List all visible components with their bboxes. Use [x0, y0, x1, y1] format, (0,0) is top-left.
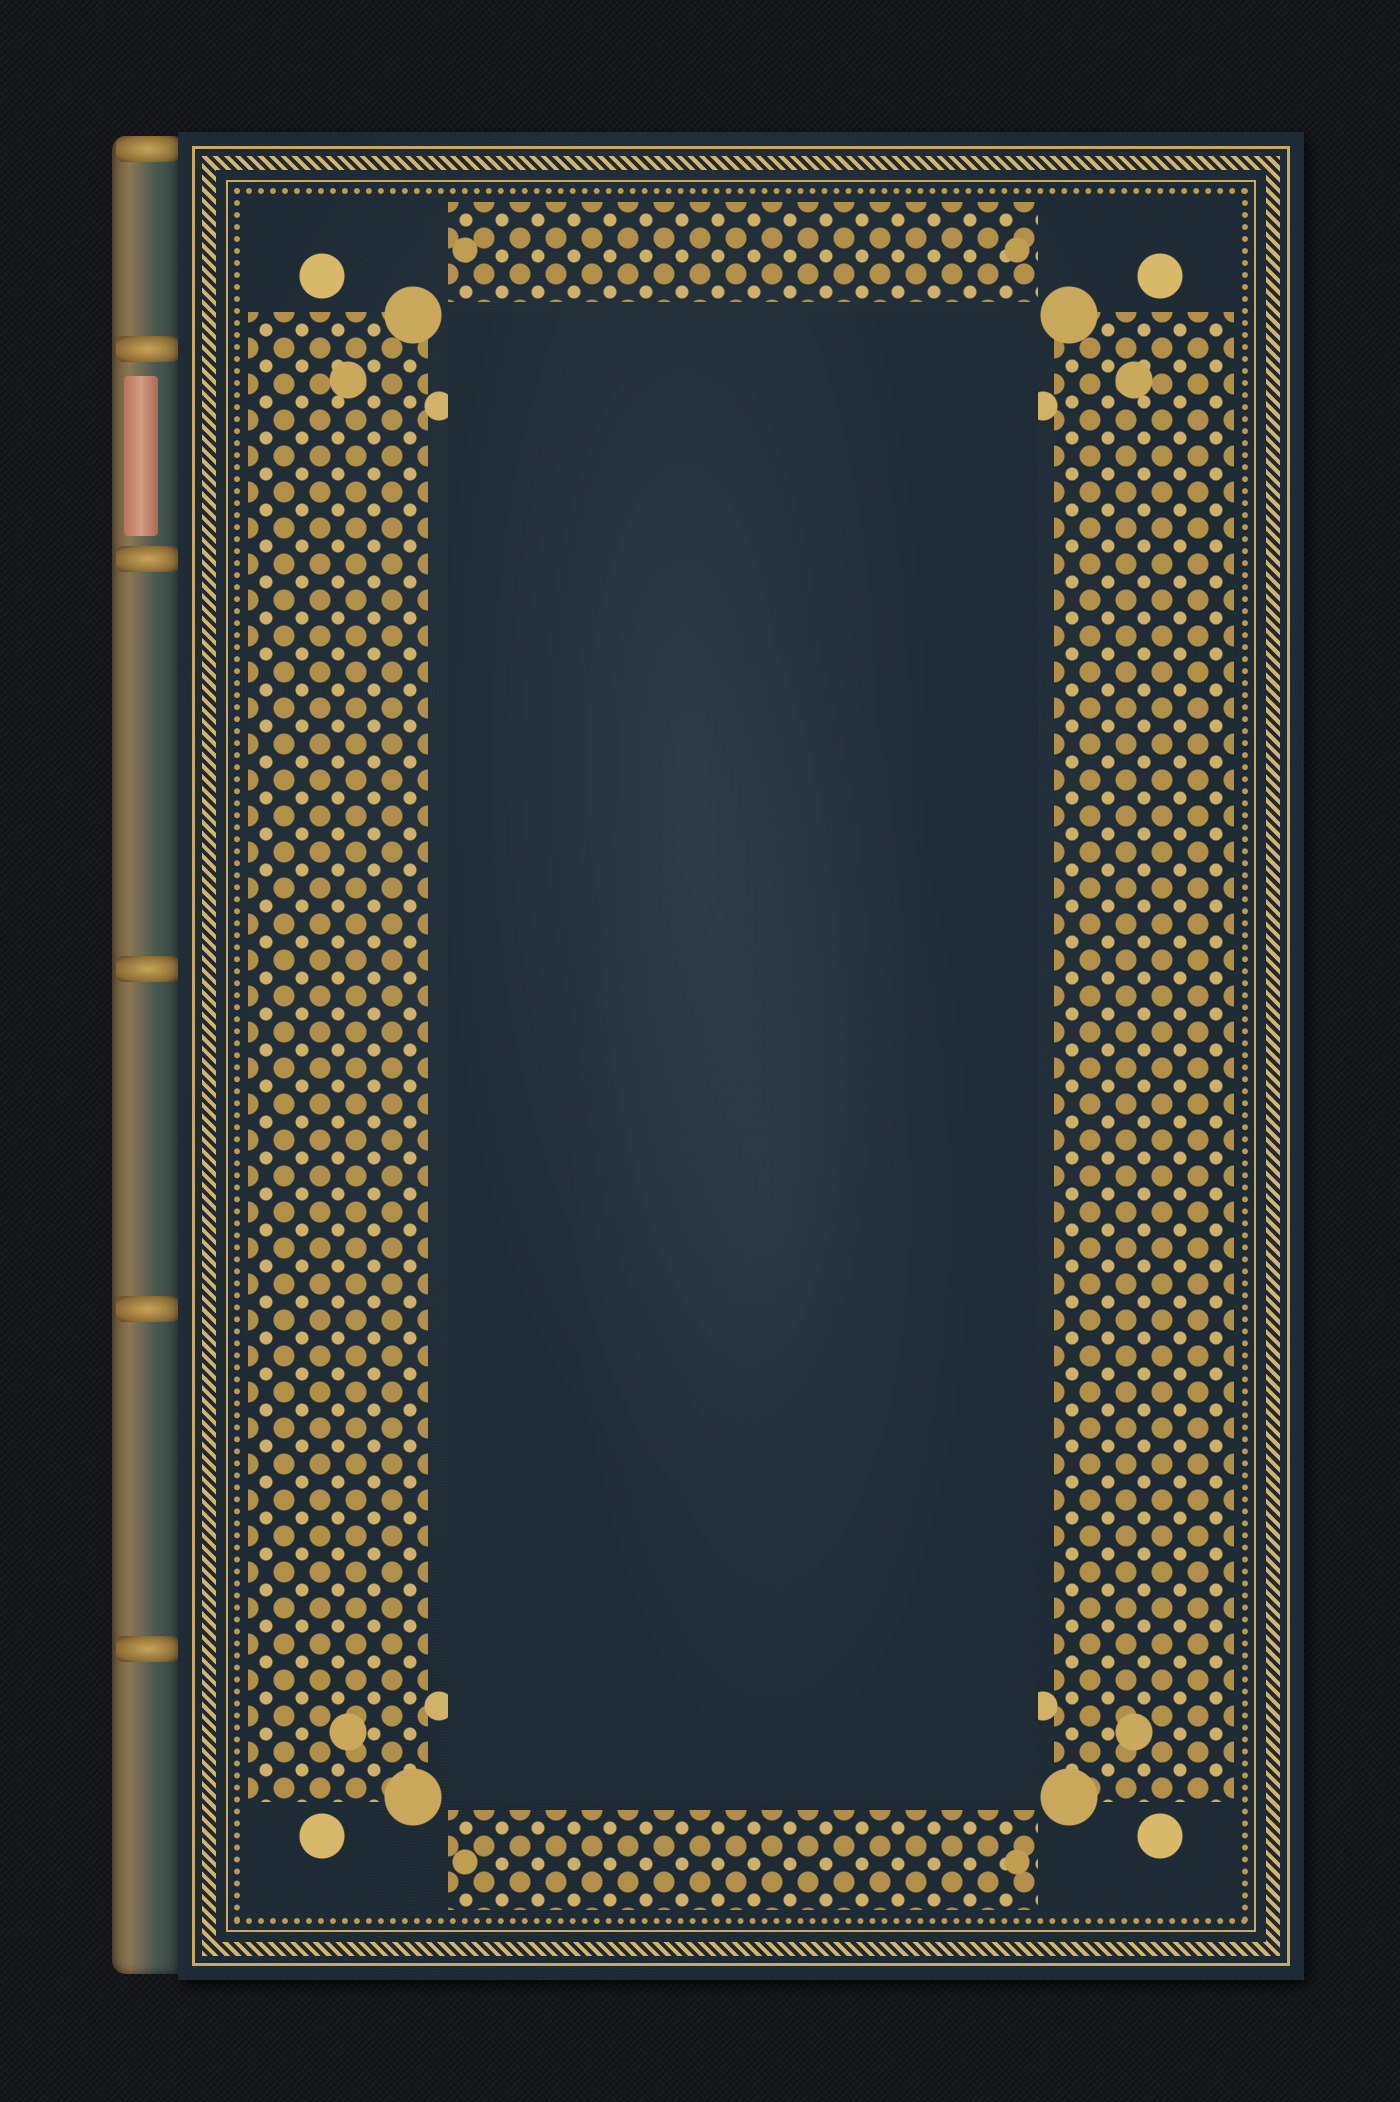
left-floral-border [248, 312, 428, 1802]
book-spine [112, 136, 184, 1974]
book [112, 132, 1304, 1980]
spine-label [124, 376, 158, 536]
center-panel [448, 312, 1038, 1802]
book-cover [178, 132, 1304, 1980]
spine-band [116, 546, 180, 572]
right-floral-border [1054, 312, 1234, 1802]
spine-band [116, 336, 180, 362]
spine-band [116, 956, 180, 982]
spine-band [116, 1296, 180, 1322]
bottom-floral-border [448, 1810, 1038, 1910]
spine-band [116, 1636, 180, 1662]
spine-band [116, 136, 180, 162]
top-floral-border [448, 202, 1038, 302]
